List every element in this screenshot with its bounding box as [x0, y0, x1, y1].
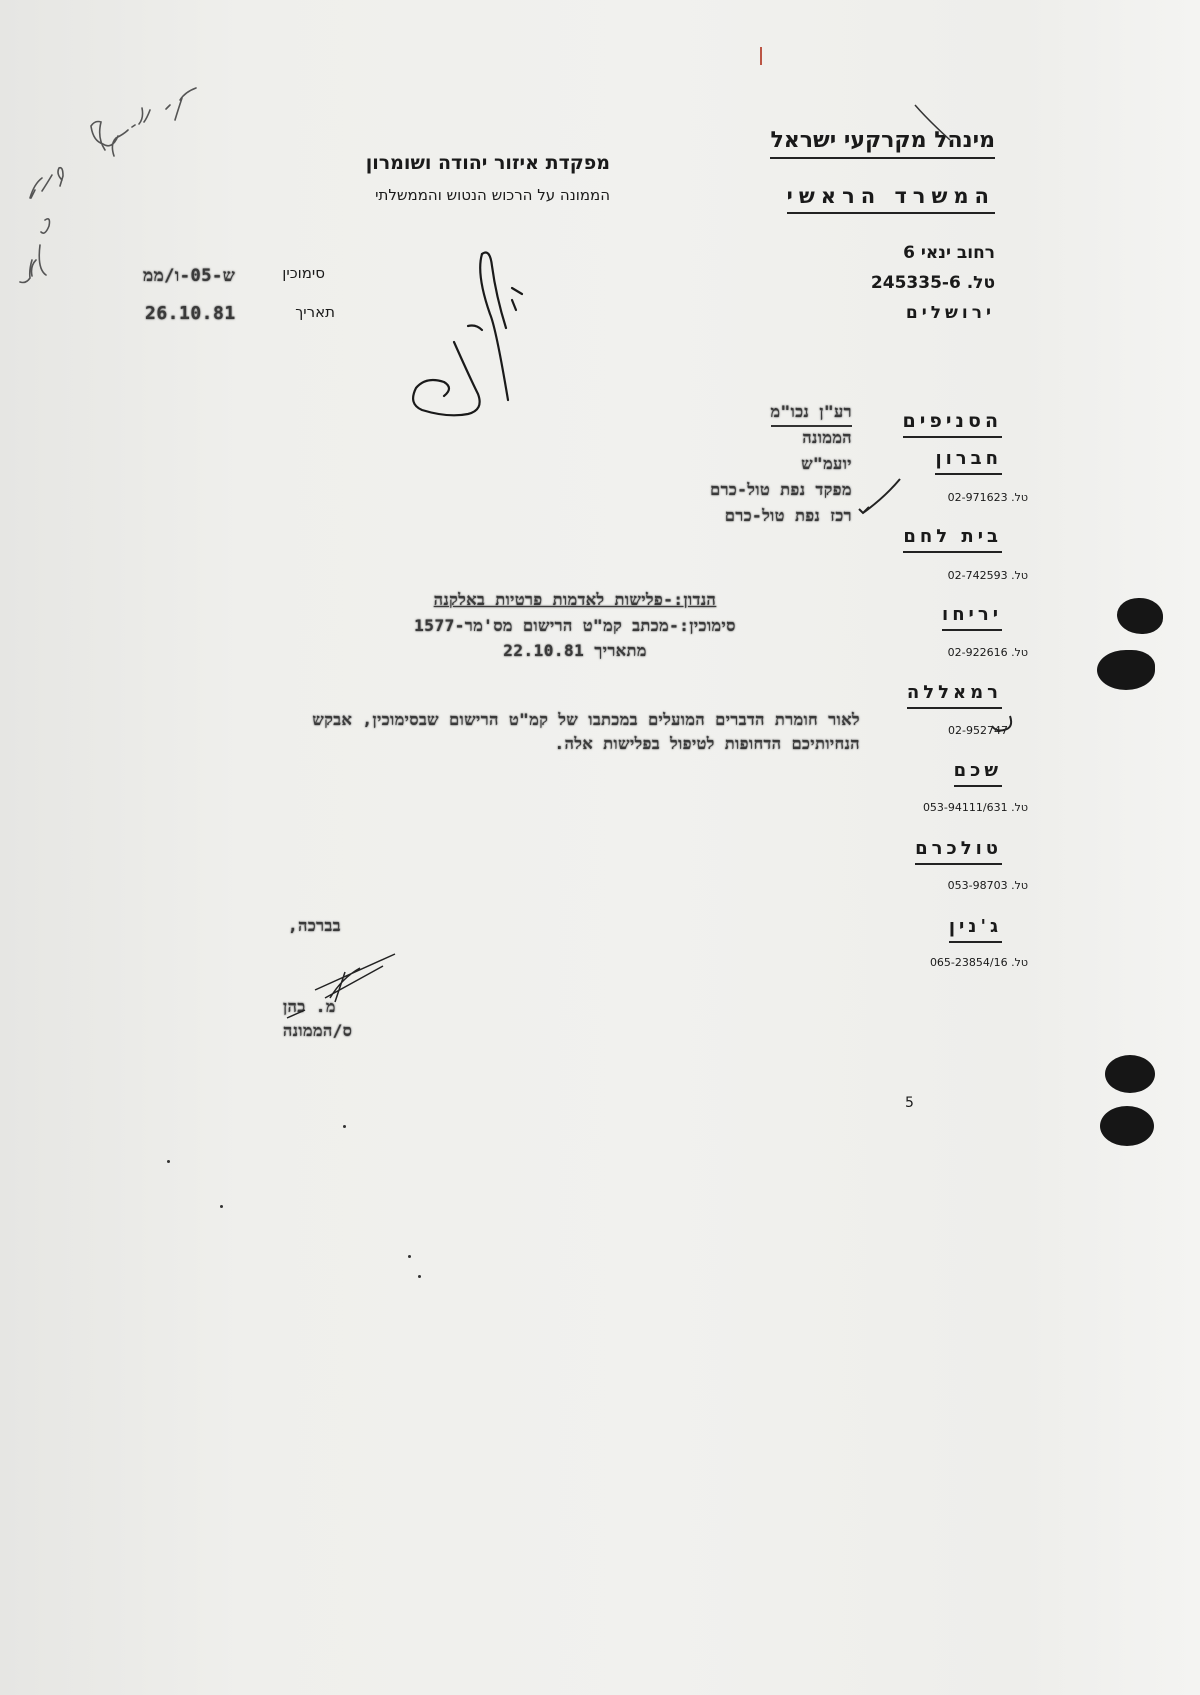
address-city: ירושלים: [906, 303, 995, 323]
punch-hole: [1100, 1106, 1154, 1146]
speck: [167, 1160, 170, 1163]
branch-tel: טל. 02-971623: [948, 491, 1028, 504]
signer-name: מ. כהן: [283, 995, 336, 1019]
branches-title: הסניפים: [903, 410, 1003, 438]
subject-reference: סימוכין:-מכתב קמ"ט הרישום מס'מר-1577: [290, 614, 860, 638]
checkmark: [855, 477, 905, 522]
speck: [408, 1255, 411, 1258]
recipient-line: מפקד נפת טול-כרם: [710, 476, 852, 503]
branch-tel: טל. 02-742593: [948, 569, 1028, 582]
branch-tel: 02-952747: [948, 724, 1008, 737]
signature-scribble: [400, 240, 560, 440]
address-street: רחוב ינאי 6: [903, 243, 995, 263]
punch-hole: [1097, 650, 1155, 690]
branch-tel: טל. 065-23854/16: [930, 956, 1028, 969]
reference-value: ש-05-ו/ממ: [143, 266, 235, 286]
office-name: המשרד הראשי: [787, 184, 995, 214]
signer-title: ס/הממונה: [283, 1019, 352, 1043]
page-mark: 5: [905, 1095, 914, 1111]
speck: [220, 1205, 223, 1208]
branch-name: ג'נין: [949, 916, 1002, 943]
speck: [418, 1275, 421, 1278]
branch-name: טולכרם: [915, 838, 1002, 865]
body-text: לאור חומרת הדברים המועלים במכתבו של קמ"ט…: [290, 708, 860, 756]
subject-date: מתאריך 22.10.81: [290, 639, 860, 663]
command-title: מפקדת איזור יהודה ושומרון: [366, 152, 610, 174]
branch-tel: טל. 053-98703: [948, 879, 1028, 892]
speck: [343, 1125, 346, 1128]
red-mark: [760, 47, 762, 65]
recipient-line: רכז נפת טול-כרם: [725, 502, 852, 529]
punch-hole: [1105, 1055, 1155, 1093]
branch-name: רמאללה: [907, 682, 1002, 709]
org-name: מינהל מקרקעי ישראל: [770, 128, 995, 159]
reference-label: סימוכין: [282, 264, 325, 282]
branch-tel: טל. 053-94111/631: [923, 801, 1028, 814]
closing-greeting: בברכה,: [288, 916, 341, 936]
subject-line: הנדון:-פלישות לאדמות פרטיות באלקנה: [290, 588, 860, 612]
document-page: מינהל מקרקעי ישראל המשרד הראשי רחוב ינאי…: [0, 0, 1200, 1695]
address-phone: טל. 245335-6: [871, 273, 995, 293]
recipient-line: יועמ"ש: [801, 450, 852, 477]
command-subtitle: הממונה על הרכוש הנטוש והממשלתי: [375, 186, 610, 204]
branch-name: יריחו: [942, 604, 1002, 631]
recipient-line: הממונה: [802, 424, 852, 451]
punch-hole: [1117, 598, 1163, 634]
date-value: 26.10.81: [145, 303, 236, 324]
branch-name: בית לחם: [903, 526, 1002, 553]
branch-name: שכם: [954, 760, 1002, 787]
recipient-title: רע"ן נכו"מ: [771, 398, 853, 427]
date-label: תאריך: [295, 303, 335, 321]
branch-tel: טל. 02-922616: [948, 646, 1028, 659]
branch-name: חברון: [935, 448, 1002, 475]
